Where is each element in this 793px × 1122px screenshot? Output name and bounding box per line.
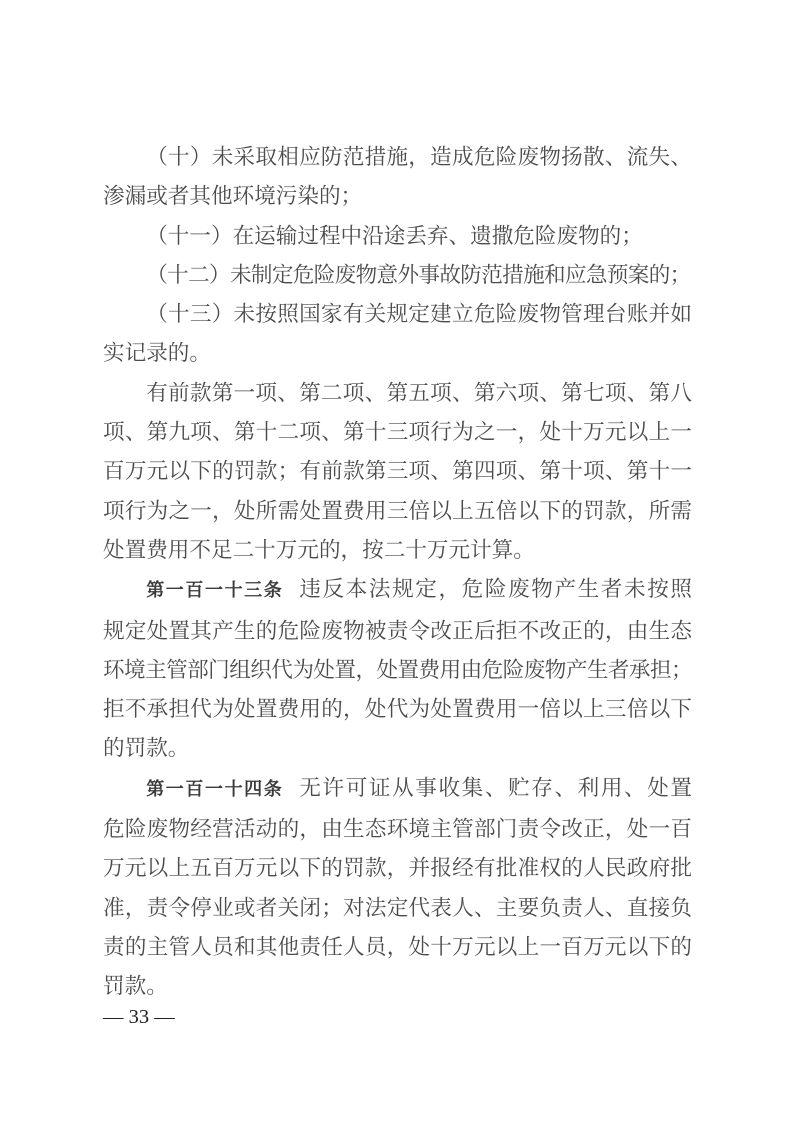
paragraph: 有前款第一项、第二项、第五项、第六项、第七项、第八项、第九项、第十二项、第十三项…: [103, 373, 692, 569]
text-line: 危险废物经营活动的，由生态环境主管部门责令改正，处一百: [103, 809, 692, 848]
text-line: 第一百一十四条无许可证从事收集、贮存、利用、处置: [103, 768, 692, 809]
text-line: 的罚款。: [103, 728, 692, 767]
text-line: （十）未采取相应防范措施，造成危险废物扬散、流失、: [103, 137, 692, 176]
text-line: 项行为之一，处所需处置费用三倍以上五倍以下的罚款，所需: [103, 491, 692, 530]
paragraph: （十一）在运输过程中沿途丢弃、遗撒危险废物的；: [103, 216, 692, 255]
article-number: 第一百一十四条: [146, 779, 283, 799]
text-line: （十一）在运输过程中沿途丢弃、遗撒危险废物的；: [103, 216, 692, 255]
page-number: — 33 —: [103, 1006, 175, 1028]
article-text: 无许可证从事收集、贮存、利用、处置: [299, 775, 692, 800]
paragraph: 第一百一十三条违反本法规定，危险废物产生者未按照规定处置其产生的危险废物被责令改…: [103, 569, 692, 767]
text-line: 罚款。: [103, 966, 692, 1005]
text-line: 有前款第一项、第二项、第五项、第六项、第七项、第八: [103, 373, 692, 412]
paragraph: （十三）未按照国家有关规定建立危险废物管理台账并如实记录的。: [103, 294, 692, 373]
text-line: 渗漏或者其他环境污染的；: [103, 176, 692, 215]
text-line: 准，责令停业或者关闭；对法定代表人、主要负责人、直接负: [103, 888, 692, 927]
paragraph: （十二）未制定危险废物意外事故防范措施和应急预案的；: [103, 255, 692, 294]
text-line: 项、第九项、第十二项、第十三项行为之一，处十万元以上一: [103, 412, 692, 451]
text-line: 责的主管人员和其他责任人员，处十万元以上一百万元以下的: [103, 927, 692, 966]
text-line: 拒不承担代为处置费用的，处代为处置费用一倍以上三倍以下: [103, 689, 692, 728]
text-line: 第一百一十三条违反本法规定，危险废物产生者未按照: [103, 569, 692, 610]
text-line: 百万元以下的罚款；有前款第三项、第四项、第十项、第十一: [103, 451, 692, 490]
text-line: 处置费用不足二十万元的，按二十万元计算。: [103, 530, 692, 569]
text-line: 环境主管部门组织代为处置，处置费用由危险废物产生者承担；: [103, 650, 692, 689]
paragraph: （十）未采取相应防范措施，造成危险废物扬散、流失、渗漏或者其他环境污染的；: [103, 137, 692, 216]
article-text: 违反本法规定，危险废物产生者未按照: [299, 576, 692, 601]
page-footer: — 33 —: [103, 1004, 175, 1030]
paragraph: 第一百一十四条无许可证从事收集、贮存、利用、处置危险废物经营活动的，由生态环境主…: [103, 768, 692, 1006]
document-body: （十）未采取相应防范措施，造成危险废物扬散、流失、渗漏或者其他环境污染的；（十一…: [103, 137, 692, 1006]
text-line: 规定处置其产生的危险废物被责令改正后拒不改正的，由生态: [103, 611, 692, 650]
text-line: （十二）未制定危险废物意外事故防范措施和应急预案的；: [103, 255, 692, 294]
text-line: （十三）未按照国家有关规定建立危险废物管理台账并如: [103, 294, 692, 333]
document-page: （十）未采取相应防范措施，造成危险废物扬散、流失、渗漏或者其他环境污染的；（十一…: [0, 0, 793, 1122]
article-number: 第一百一十三条: [146, 580, 283, 600]
text-line: 实记录的。: [103, 333, 692, 372]
text-line: 万元以上五百万元以下的罚款，并报经有批准权的人民政府批: [103, 848, 692, 887]
